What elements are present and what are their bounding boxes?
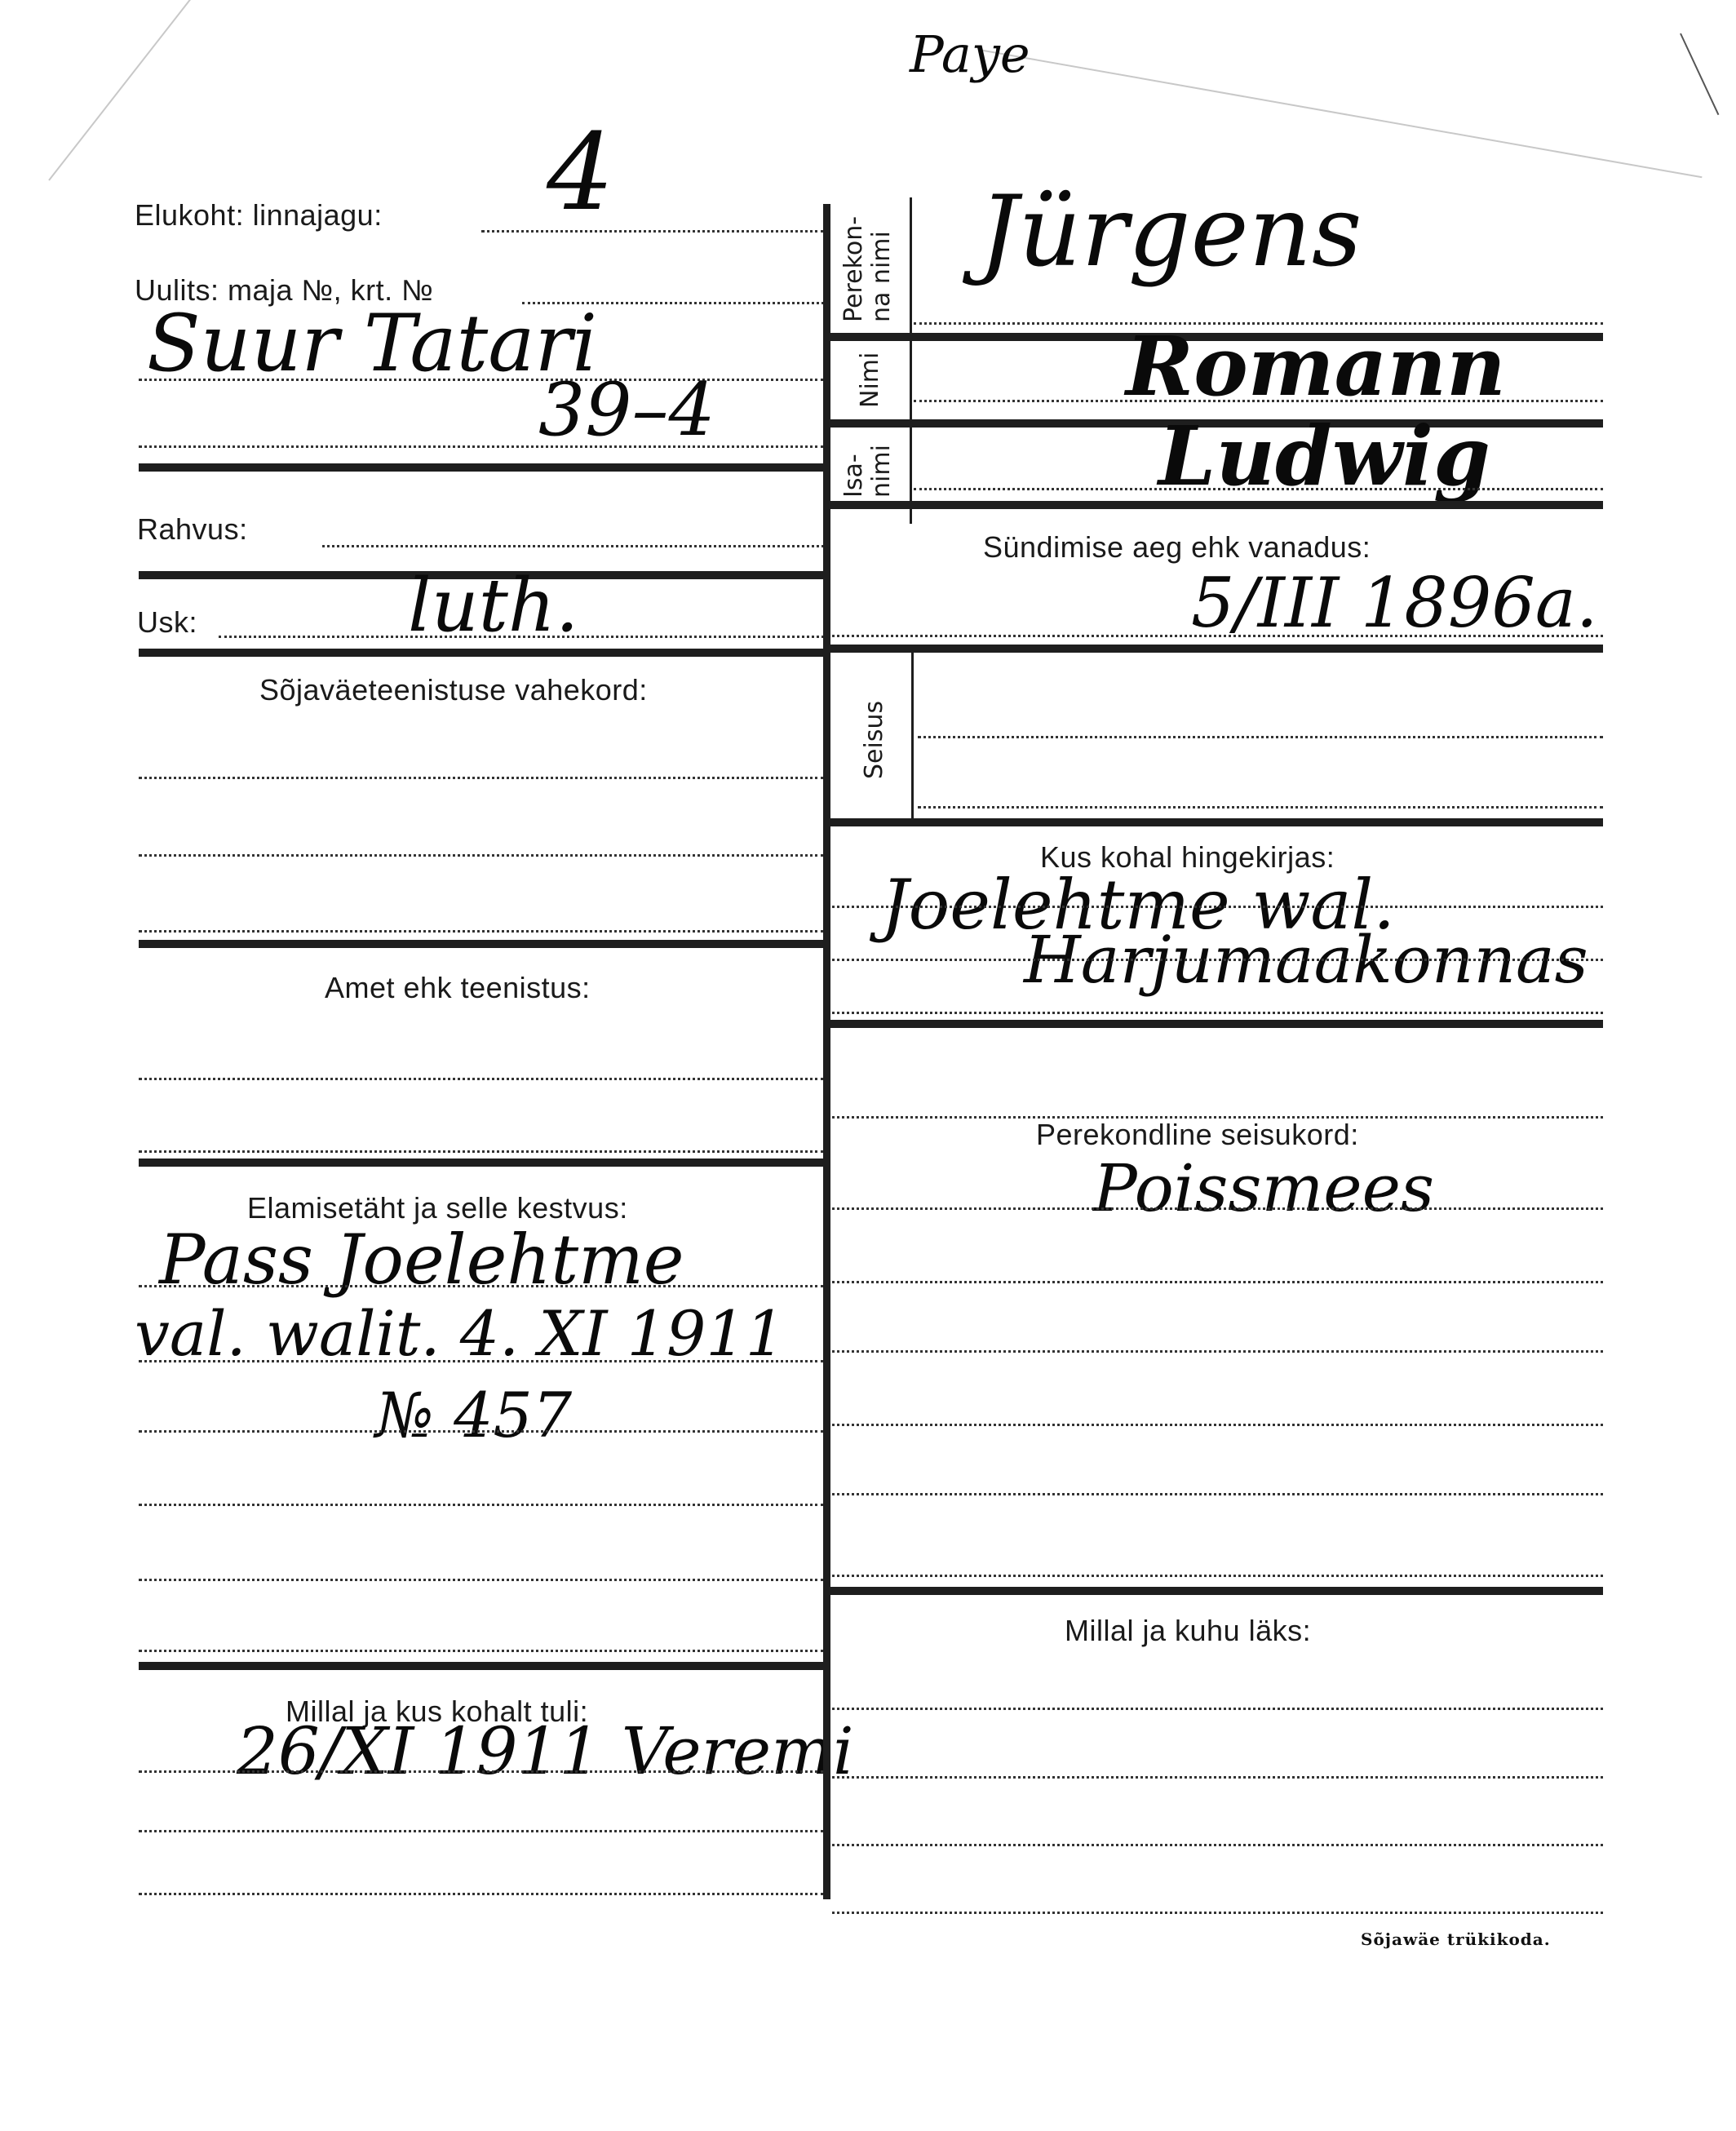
- military-service-label: Sõjaväeteenistuse vahekord:: [259, 673, 648, 707]
- residence-permit-line3[interactable]: № 457: [375, 1379, 572, 1451]
- street-value-line1[interactable]: Suur Tatari: [147, 298, 597, 389]
- permit-line-5[interactable]: [139, 1579, 824, 1581]
- paper-crease: [1680, 33, 1719, 116]
- marital-status-label: Perekondline seisukord:: [1036, 1118, 1359, 1152]
- row-divider: [830, 1587, 1603, 1595]
- patronymic-label: Isa- nimi: [840, 445, 896, 498]
- section-divider: [139, 940, 826, 948]
- district-label: Elukoht: linnajagu:: [135, 198, 383, 233]
- marital-line-3[interactable]: [832, 1281, 1603, 1283]
- occupation-line-1[interactable]: [139, 1078, 824, 1080]
- row-divider: [830, 1020, 1603, 1028]
- printer-mark: Sõjawäe trükikoda.: [1361, 1929, 1551, 1949]
- marital-line-7[interactable]: [832, 1575, 1603, 1577]
- marital-line-5[interactable]: [832, 1424, 1603, 1426]
- status-line-1[interactable]: [918, 736, 1603, 738]
- marital-line-1: [832, 1116, 1603, 1119]
- paper-crease: [48, 0, 200, 181]
- row-divider: [830, 818, 1603, 826]
- section-divider: [139, 1662, 826, 1670]
- departure-label: Millal ja kuhu läks:: [1065, 1614, 1311, 1648]
- military-line-3[interactable]: [139, 930, 824, 933]
- arrival-value[interactable]: 26/XI 1911 Veremi: [237, 1713, 854, 1789]
- section-divider: [139, 463, 826, 472]
- arrival-line-1: [139, 1770, 824, 1773]
- registration-line-2: [832, 959, 1603, 961]
- religion-line: [219, 636, 824, 638]
- permit-line-4[interactable]: [139, 1504, 824, 1506]
- status-label: Seisus: [861, 701, 888, 779]
- row-divider: [830, 645, 1603, 653]
- nationality-line[interactable]: [322, 545, 824, 547]
- top-annotation: Paye: [910, 24, 1030, 84]
- status-label-border: [911, 651, 914, 824]
- departure-line-4[interactable]: [832, 1912, 1603, 1914]
- patronymic-line: [914, 488, 1603, 490]
- arrival-line-3[interactable]: [139, 1893, 824, 1895]
- district-line: [481, 230, 824, 233]
- departure-line-1[interactable]: [832, 1708, 1603, 1710]
- section-divider: [139, 649, 826, 657]
- street-value-line2[interactable]: 39–4: [538, 367, 715, 453]
- military-line-2[interactable]: [139, 854, 824, 857]
- marital-line-2: [832, 1207, 1603, 1210]
- row-divider: [830, 501, 1603, 509]
- marital-line-6[interactable]: [832, 1493, 1603, 1495]
- marital-line-4[interactable]: [832, 1350, 1603, 1353]
- birth-value[interactable]: 5/III 1896a.: [1191, 563, 1598, 643]
- permit-line-1: [139, 1285, 824, 1287]
- birth-label: Sündimise aeg ehk vanadus:: [983, 530, 1371, 565]
- center-divider: [823, 204, 830, 1899]
- marital-status-value[interactable]: Poissmees: [1093, 1150, 1434, 1226]
- permit-line-2: [139, 1360, 824, 1362]
- arrival-line-2[interactable]: [139, 1830, 824, 1832]
- departure-line-3[interactable]: [832, 1844, 1603, 1846]
- permit-line-3: [139, 1430, 824, 1433]
- registration-line-3[interactable]: [832, 1012, 1603, 1014]
- residence-permit-line1[interactable]: Pass Joelehtme: [159, 1220, 684, 1300]
- occupation-line-2[interactable]: [139, 1150, 824, 1153]
- status-line-2[interactable]: [918, 806, 1603, 809]
- surname-value[interactable]: Jürgens: [979, 175, 1362, 289]
- departure-line-2[interactable]: [832, 1776, 1603, 1779]
- paper-crease: [979, 49, 1703, 178]
- district-value[interactable]: 4: [547, 110, 614, 234]
- label-column-border: [910, 197, 912, 524]
- street-line-2: [139, 379, 824, 381]
- surname-label: Perekon- na nimi: [840, 216, 896, 322]
- first-name-line: [914, 400, 1603, 402]
- permit-line-6[interactable]: [139, 1650, 824, 1652]
- first-name-label: Nimi: [857, 352, 884, 408]
- registration-line-1: [832, 906, 1603, 908]
- religion-label: Usk:: [137, 605, 197, 640]
- birth-line: [832, 635, 1603, 637]
- street-line-3: [139, 445, 824, 448]
- occupation-label: Amet ehk teenistus:: [325, 971, 591, 1005]
- residence-permit-line2[interactable]: val. walit. 4. XI 1911: [135, 1297, 785, 1370]
- military-line-1[interactable]: [139, 777, 824, 779]
- section-divider: [139, 1159, 826, 1167]
- nationality-label: Rahvus:: [137, 512, 248, 547]
